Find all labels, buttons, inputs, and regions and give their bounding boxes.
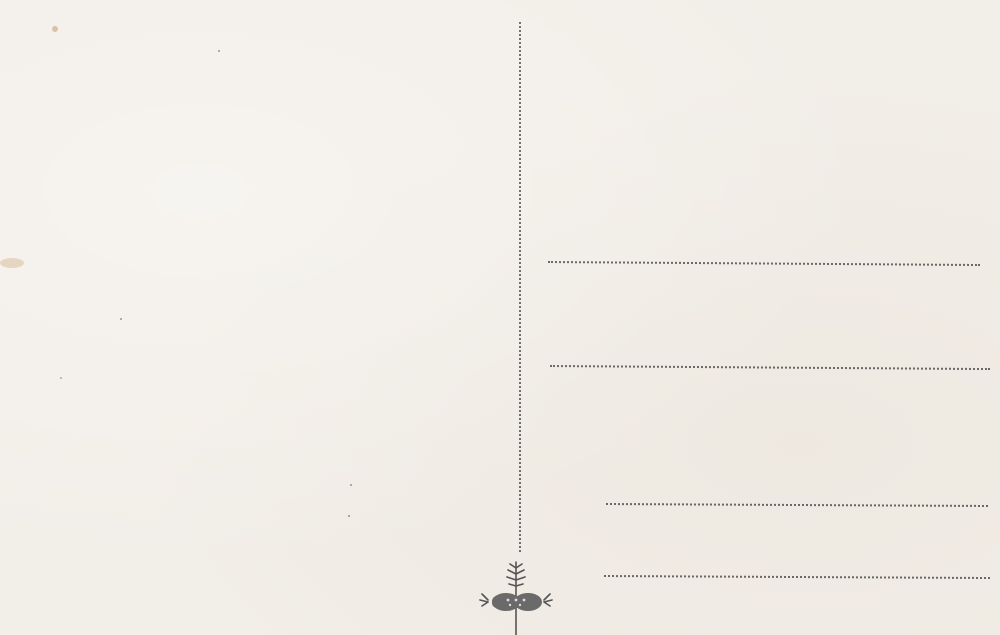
address-line-4 [604,575,990,579]
age-stain [52,26,58,32]
speck [60,377,62,379]
address-line-3 [606,503,988,507]
speck [350,484,352,486]
speck [218,50,220,52]
address-line-2 [550,365,990,370]
postcard-back [0,0,1000,635]
speck [120,318,122,320]
message-address-divider [519,22,521,552]
address-line-1 [548,261,980,266]
age-stain [0,258,24,268]
monogram-emblem-icon [476,560,556,635]
speck [348,515,350,517]
